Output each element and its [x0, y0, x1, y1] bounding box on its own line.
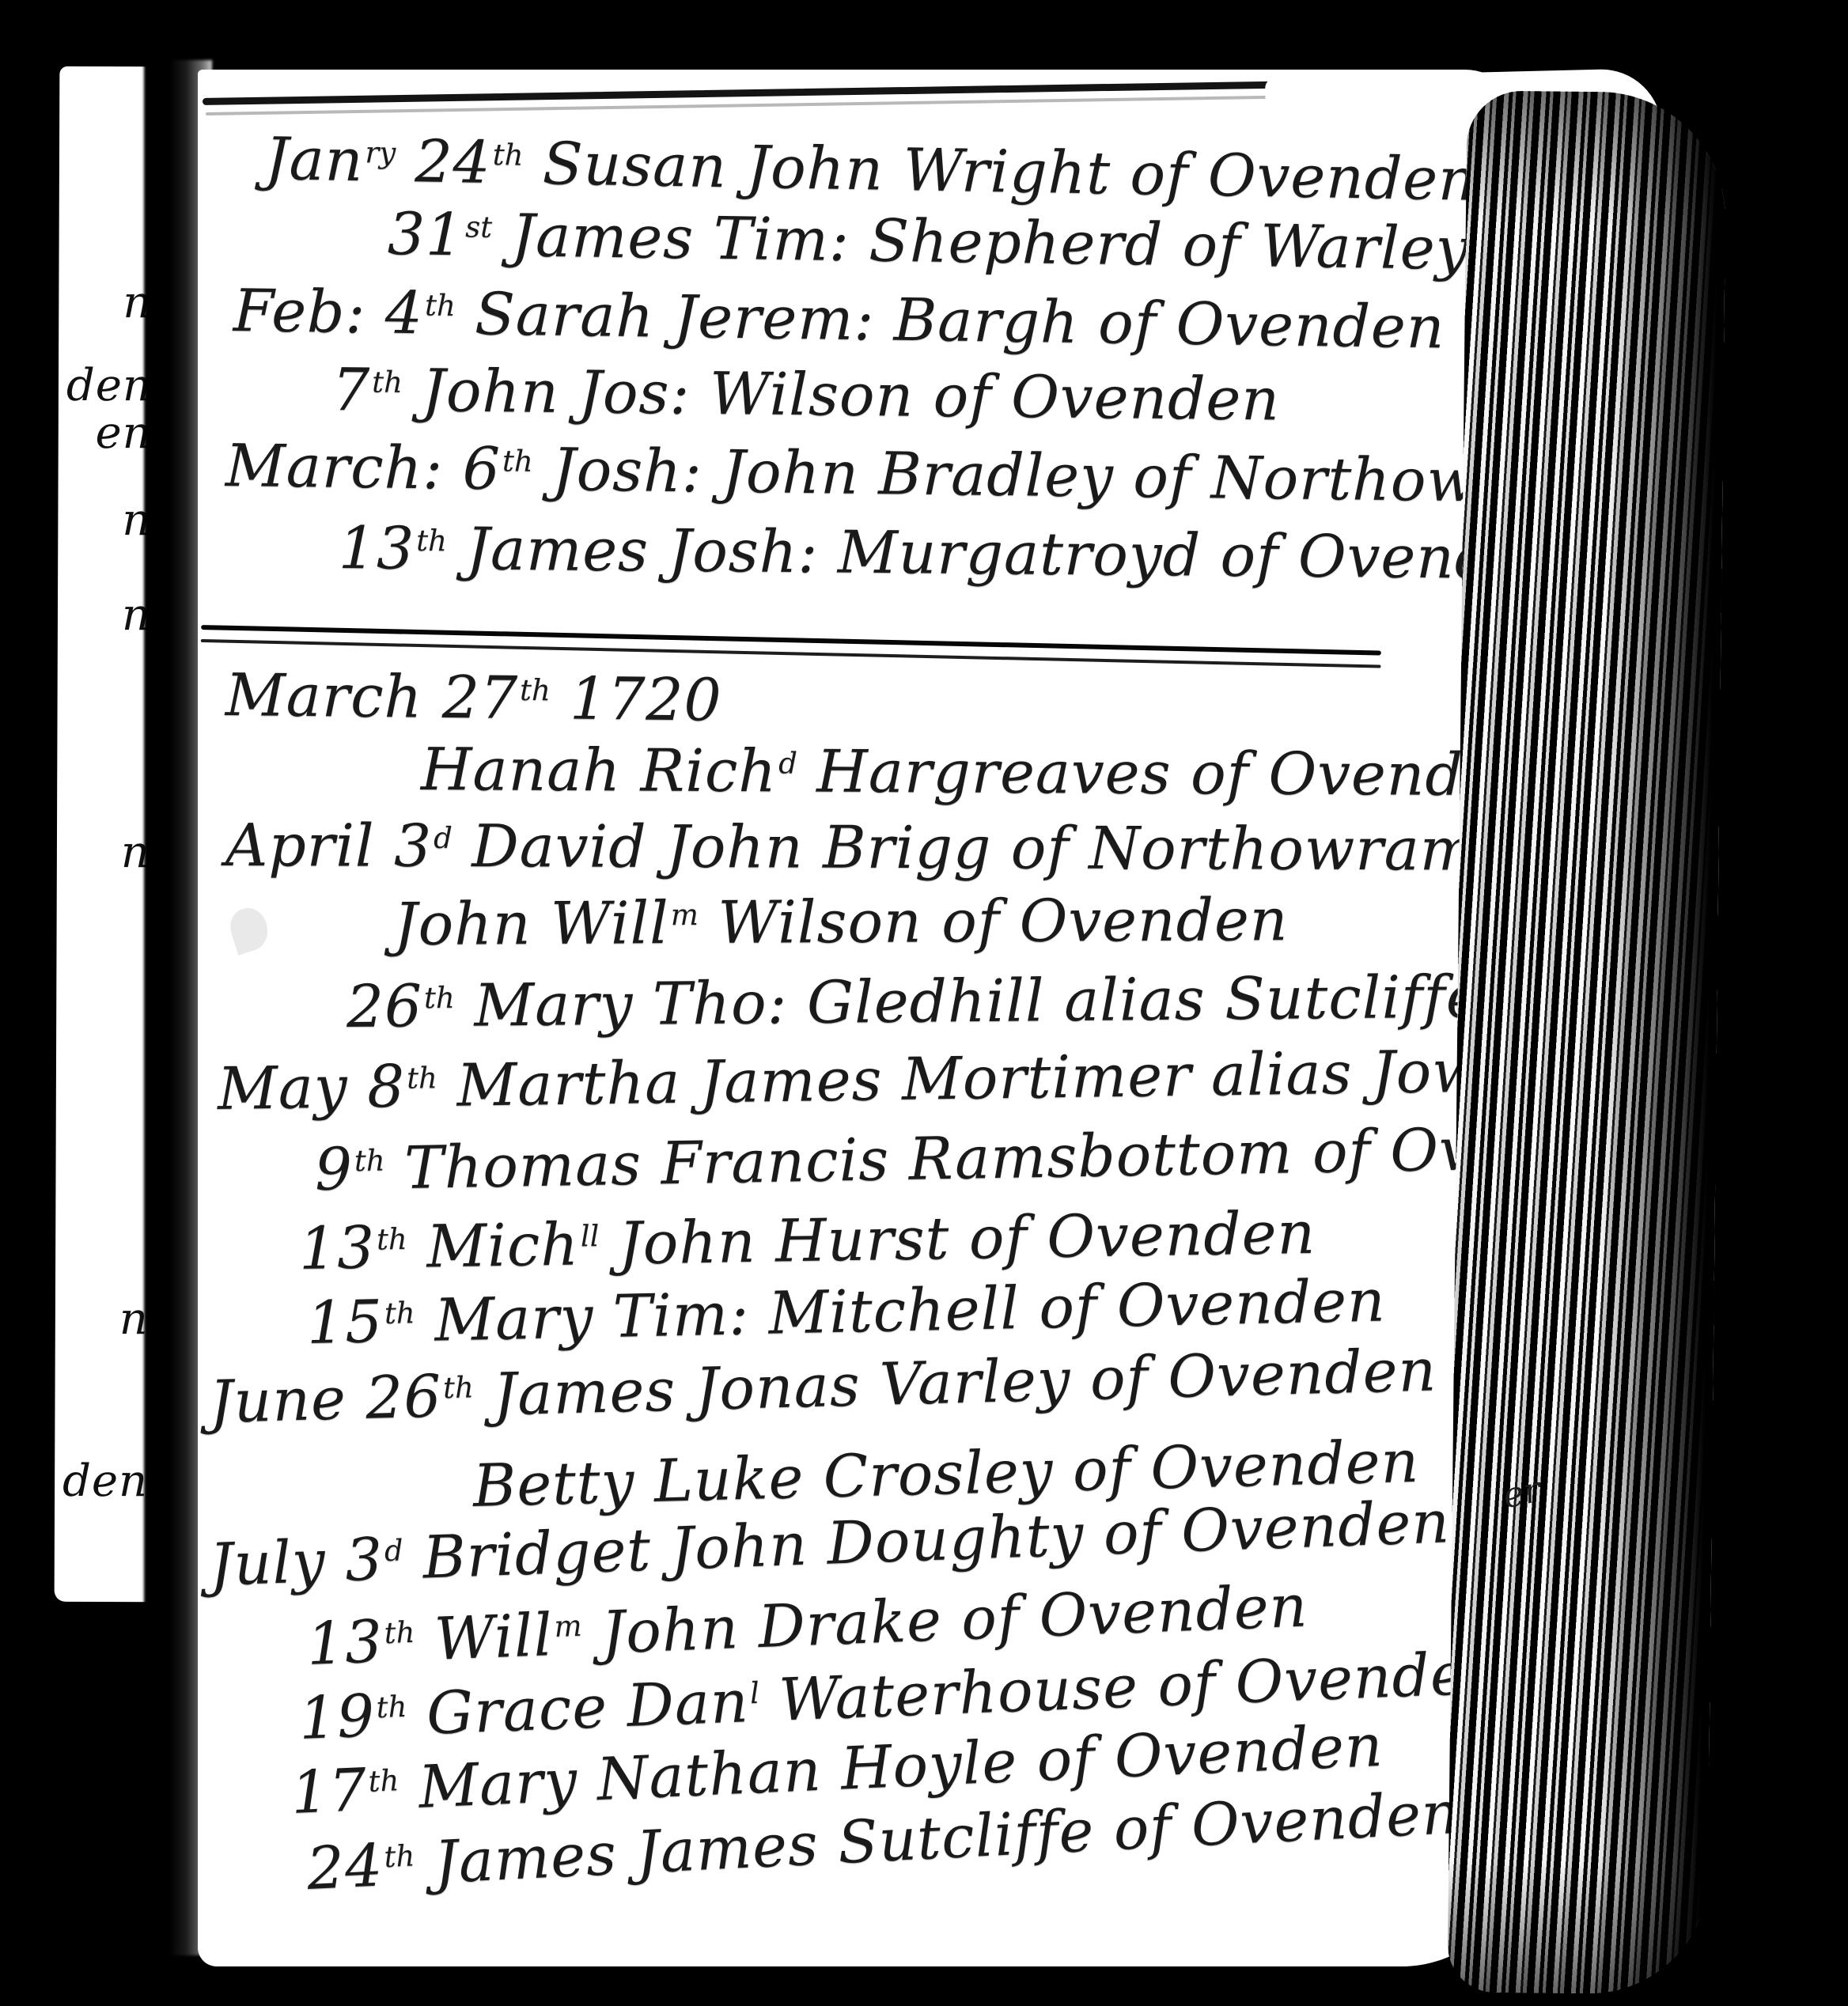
- register-line: 13th Michll John Hurst of Ovenden: [298, 1199, 1316, 1283]
- divider-rule-top: [201, 625, 1381, 656]
- facing-page-fragment: den: [62, 1455, 148, 1507]
- facing-page-fragment: den: [66, 360, 152, 411]
- section-divider: [201, 625, 1381, 668]
- register-line: Feb: 4th Sarah Jerem: Bargh of Ovenden: [233, 277, 1445, 361]
- register-line: Hanah Richd Hargreaves of Ovenden: [421, 736, 1538, 809]
- register-line: John Willm Wilson of Ovenden: [394, 886, 1289, 959]
- register-line: April 3d David John Brigg of Northowram: [225, 812, 1476, 884]
- leaf-watermark: [225, 903, 273, 956]
- register-line: 31st James Tim: Shepherd of Warley: [387, 200, 1470, 283]
- register-line: March 27th 1720: [225, 661, 722, 735]
- register-line: March: 6th Josh: John Bradley of Northow…: [225, 432, 1599, 517]
- facing-page-edge: ndenennnnnden: [55, 66, 157, 1602]
- register-line: May 8th Martha James Mortimer alias Jowe…: [217, 1037, 1543, 1123]
- fore-edge-ink-mark: er: [1499, 1470, 1544, 1517]
- fore-edge-pages: [1447, 90, 1726, 1994]
- register-line: 26th Mary Tho: Gledhill alias Sutcliffe.: [346, 963, 1501, 1041]
- register-line: 7th John Jos: Wilson of Ovenden: [332, 356, 1281, 434]
- register-line: 13th James Josh: Murgatroyd of Ovenden: [339, 514, 1568, 593]
- register-scan: ndenennnnnden Janry 24th Susan John Wrig…: [0, 0, 1848, 2006]
- register-page: Janry 24th Susan John Wright of Ovenden3…: [198, 70, 1520, 1966]
